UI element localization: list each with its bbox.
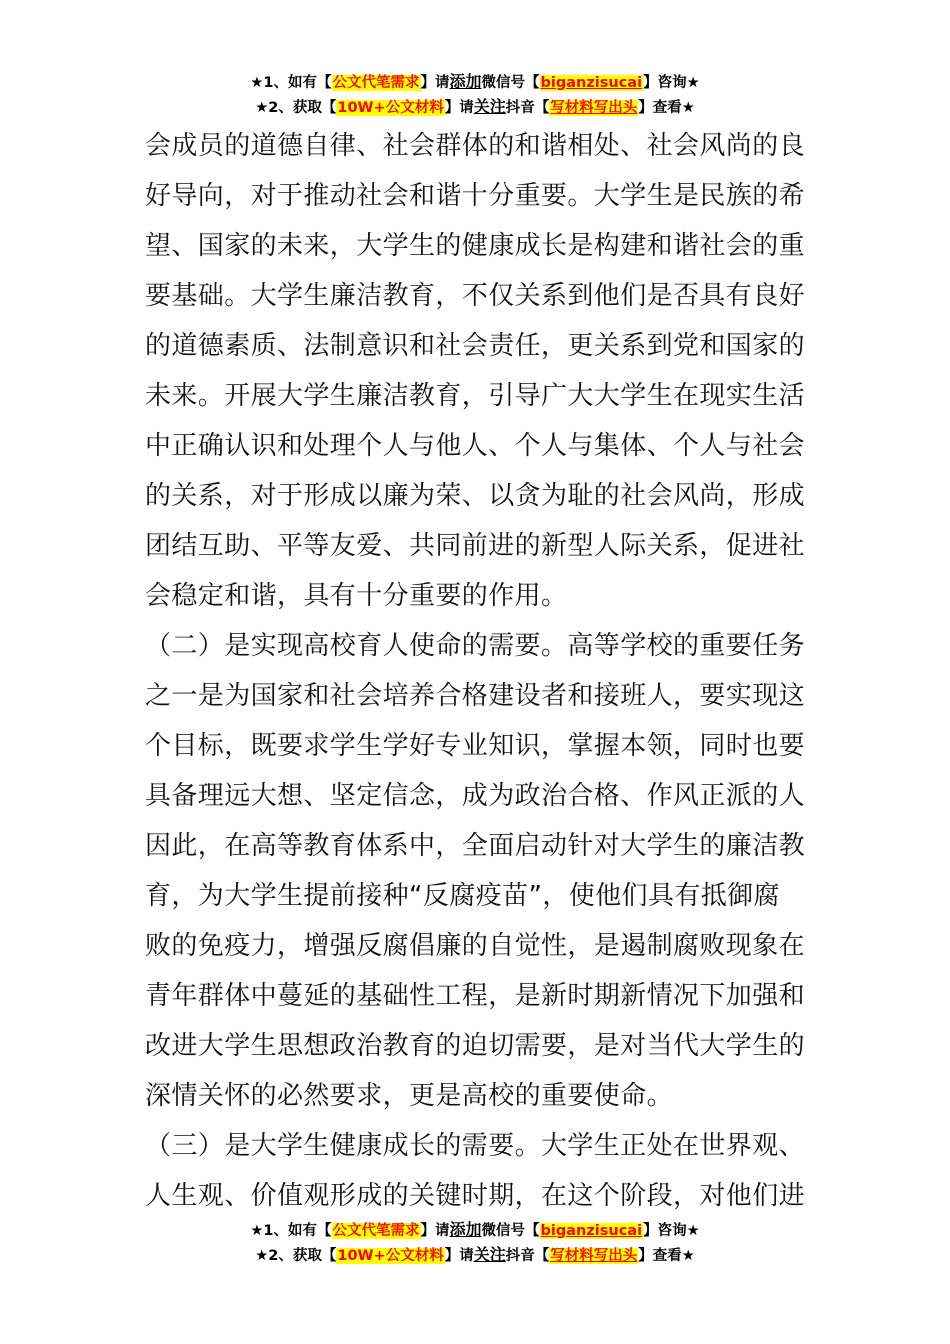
highlight-materials: 10W+公文材料 <box>336 1248 444 1264</box>
banner-text: 抖音【 <box>506 100 550 116</box>
banner-line-1: ★1、如有【公文代笔需求】请添加微信号【biganzisucai】咨询★ <box>0 70 950 95</box>
text-line: 会稳定和谐，具有十分重要的作用。 <box>145 571 815 621</box>
banner-text: 】请 <box>421 75 450 91</box>
banner-text: 】请 <box>421 1223 450 1239</box>
banner-text: 】咨询★ <box>643 1223 700 1239</box>
text-line: 人生观、价值观形成的关键时期，在这个阶段，对他们进 <box>145 1171 815 1221</box>
text-line: 育，为大学生提前接种“反腐疫苗”，使他们具有抵御腐 <box>145 871 815 921</box>
text-line: 未来。开展大学生廉洁教育，引导广大大学生在现实生活 <box>145 371 815 421</box>
banner-text: ★2、获取【 <box>255 100 336 116</box>
banner-text: ★1、如有【 <box>250 75 331 91</box>
banner-text: 】请 <box>445 100 474 116</box>
footer-banner: ★1、如有【公文代笔需求】请添加微信号【biganzisucai】咨询★ ★2、… <box>0 1218 950 1268</box>
text-line: 深情关怀的必然要求，更是高校的重要使命。 <box>145 1071 815 1121</box>
douyin-account-link[interactable]: 写材料写出头 <box>549 1248 638 1264</box>
banner-text: 抖音【 <box>506 1248 550 1264</box>
underlined-text: 关注 <box>474 1245 506 1264</box>
highlight-service: 公文代笔需求 <box>332 1223 421 1239</box>
text-line: 要基础。大学生廉洁教育，不仅关系到他们是否具有良好 <box>145 271 815 321</box>
banner-text: 微信号【 <box>482 1223 540 1239</box>
text-line: 望、国家的未来，大学生的健康成长是构建和谐社会的重 <box>145 221 815 271</box>
banner-line-2: ★2、获取【10W+公文材料】请关注抖音【写材料写出头】查看★ <box>0 1243 950 1268</box>
banner-line-1: ★1、如有【公文代笔需求】请添加微信号【biganzisucai】咨询★ <box>0 1218 950 1243</box>
text-line: 的关系，对于形成以廉为荣、以贪为耻的社会风尚，形成 <box>145 471 815 521</box>
text-line: 个目标，既要求学生学好专业知识，掌握本领，同时也要 <box>145 721 815 771</box>
section-heading-line: （三）是大学生健康成长的需要。大学生正处在世界观、 <box>145 1121 815 1171</box>
banner-text: 】查看★ <box>638 100 695 116</box>
text-line: 改进大学生思想政治教育的迫切需要，是对当代大学生的 <box>145 1021 815 1071</box>
banner-text: 】请 <box>445 1248 474 1264</box>
highlight-service: 公文代笔需求 <box>332 75 421 91</box>
banner-text: ★2、获取【 <box>255 1248 336 1264</box>
text-line: 会成员的道德自律、社会群体的和谐相处、社会风尚的良 <box>145 121 815 171</box>
banner-text: 微信号【 <box>482 75 540 91</box>
banner-text: 】咨询★ <box>643 75 700 91</box>
banner-text: ★1、如有【 <box>250 1223 331 1239</box>
text-line: 青年群体中蔓延的基础性工程，是新时期新情况下加强和 <box>145 971 815 1021</box>
douyin-account-link[interactable]: 写材料写出头 <box>549 100 638 116</box>
underlined-text: 添加 <box>450 72 482 91</box>
text-line: 败的免疫力，增强反腐倡廉的自觉性，是遏制腐败现象在 <box>145 921 815 971</box>
wechat-id-link[interactable]: biganzisucai <box>540 75 644 91</box>
text-line: 之一是为国家和社会培养合格建设者和接班人，要实现这 <box>145 671 815 721</box>
text-line: 的道德素质、法制意识和社会责任，更关系到党和国家的 <box>145 321 815 371</box>
underlined-text: 添加 <box>450 1220 482 1239</box>
underlined-text: 关注 <box>474 97 506 116</box>
banner-line-2: ★2、获取【10W+公文材料】请关注抖音【写材料写出头】查看★ <box>0 95 950 120</box>
document-body: 会成员的道德自律、社会群体的和谐相处、社会风尚的良 好导向，对于推动社会和谐十分… <box>145 121 815 1221</box>
text-line: 因此，在高等教育体系中，全面启动针对大学生的廉洁教 <box>145 821 815 871</box>
wechat-id-link[interactable]: biganzisucai <box>540 1223 644 1239</box>
section-heading-line: （二）是实现高校育人使命的需要。高等学校的重要任务 <box>145 621 815 671</box>
header-banner: ★1、如有【公文代笔需求】请添加微信号【biganzisucai】咨询★ ★2、… <box>0 70 950 120</box>
text-line: 具备理远大想、坚定信念，成为政治合格、作风正派的人 <box>145 771 815 821</box>
text-line: 中正确认识和处理个人与他人、个人与集体、个人与社会 <box>145 421 815 471</box>
banner-text: 】查看★ <box>638 1248 695 1264</box>
text-line: 团结互助、平等友爱、共同前进的新型人际关系，促进社 <box>145 521 815 571</box>
highlight-materials: 10W+公文材料 <box>336 100 444 116</box>
text-line: 好导向，对于推动社会和谐十分重要。大学生是民族的希 <box>145 171 815 221</box>
